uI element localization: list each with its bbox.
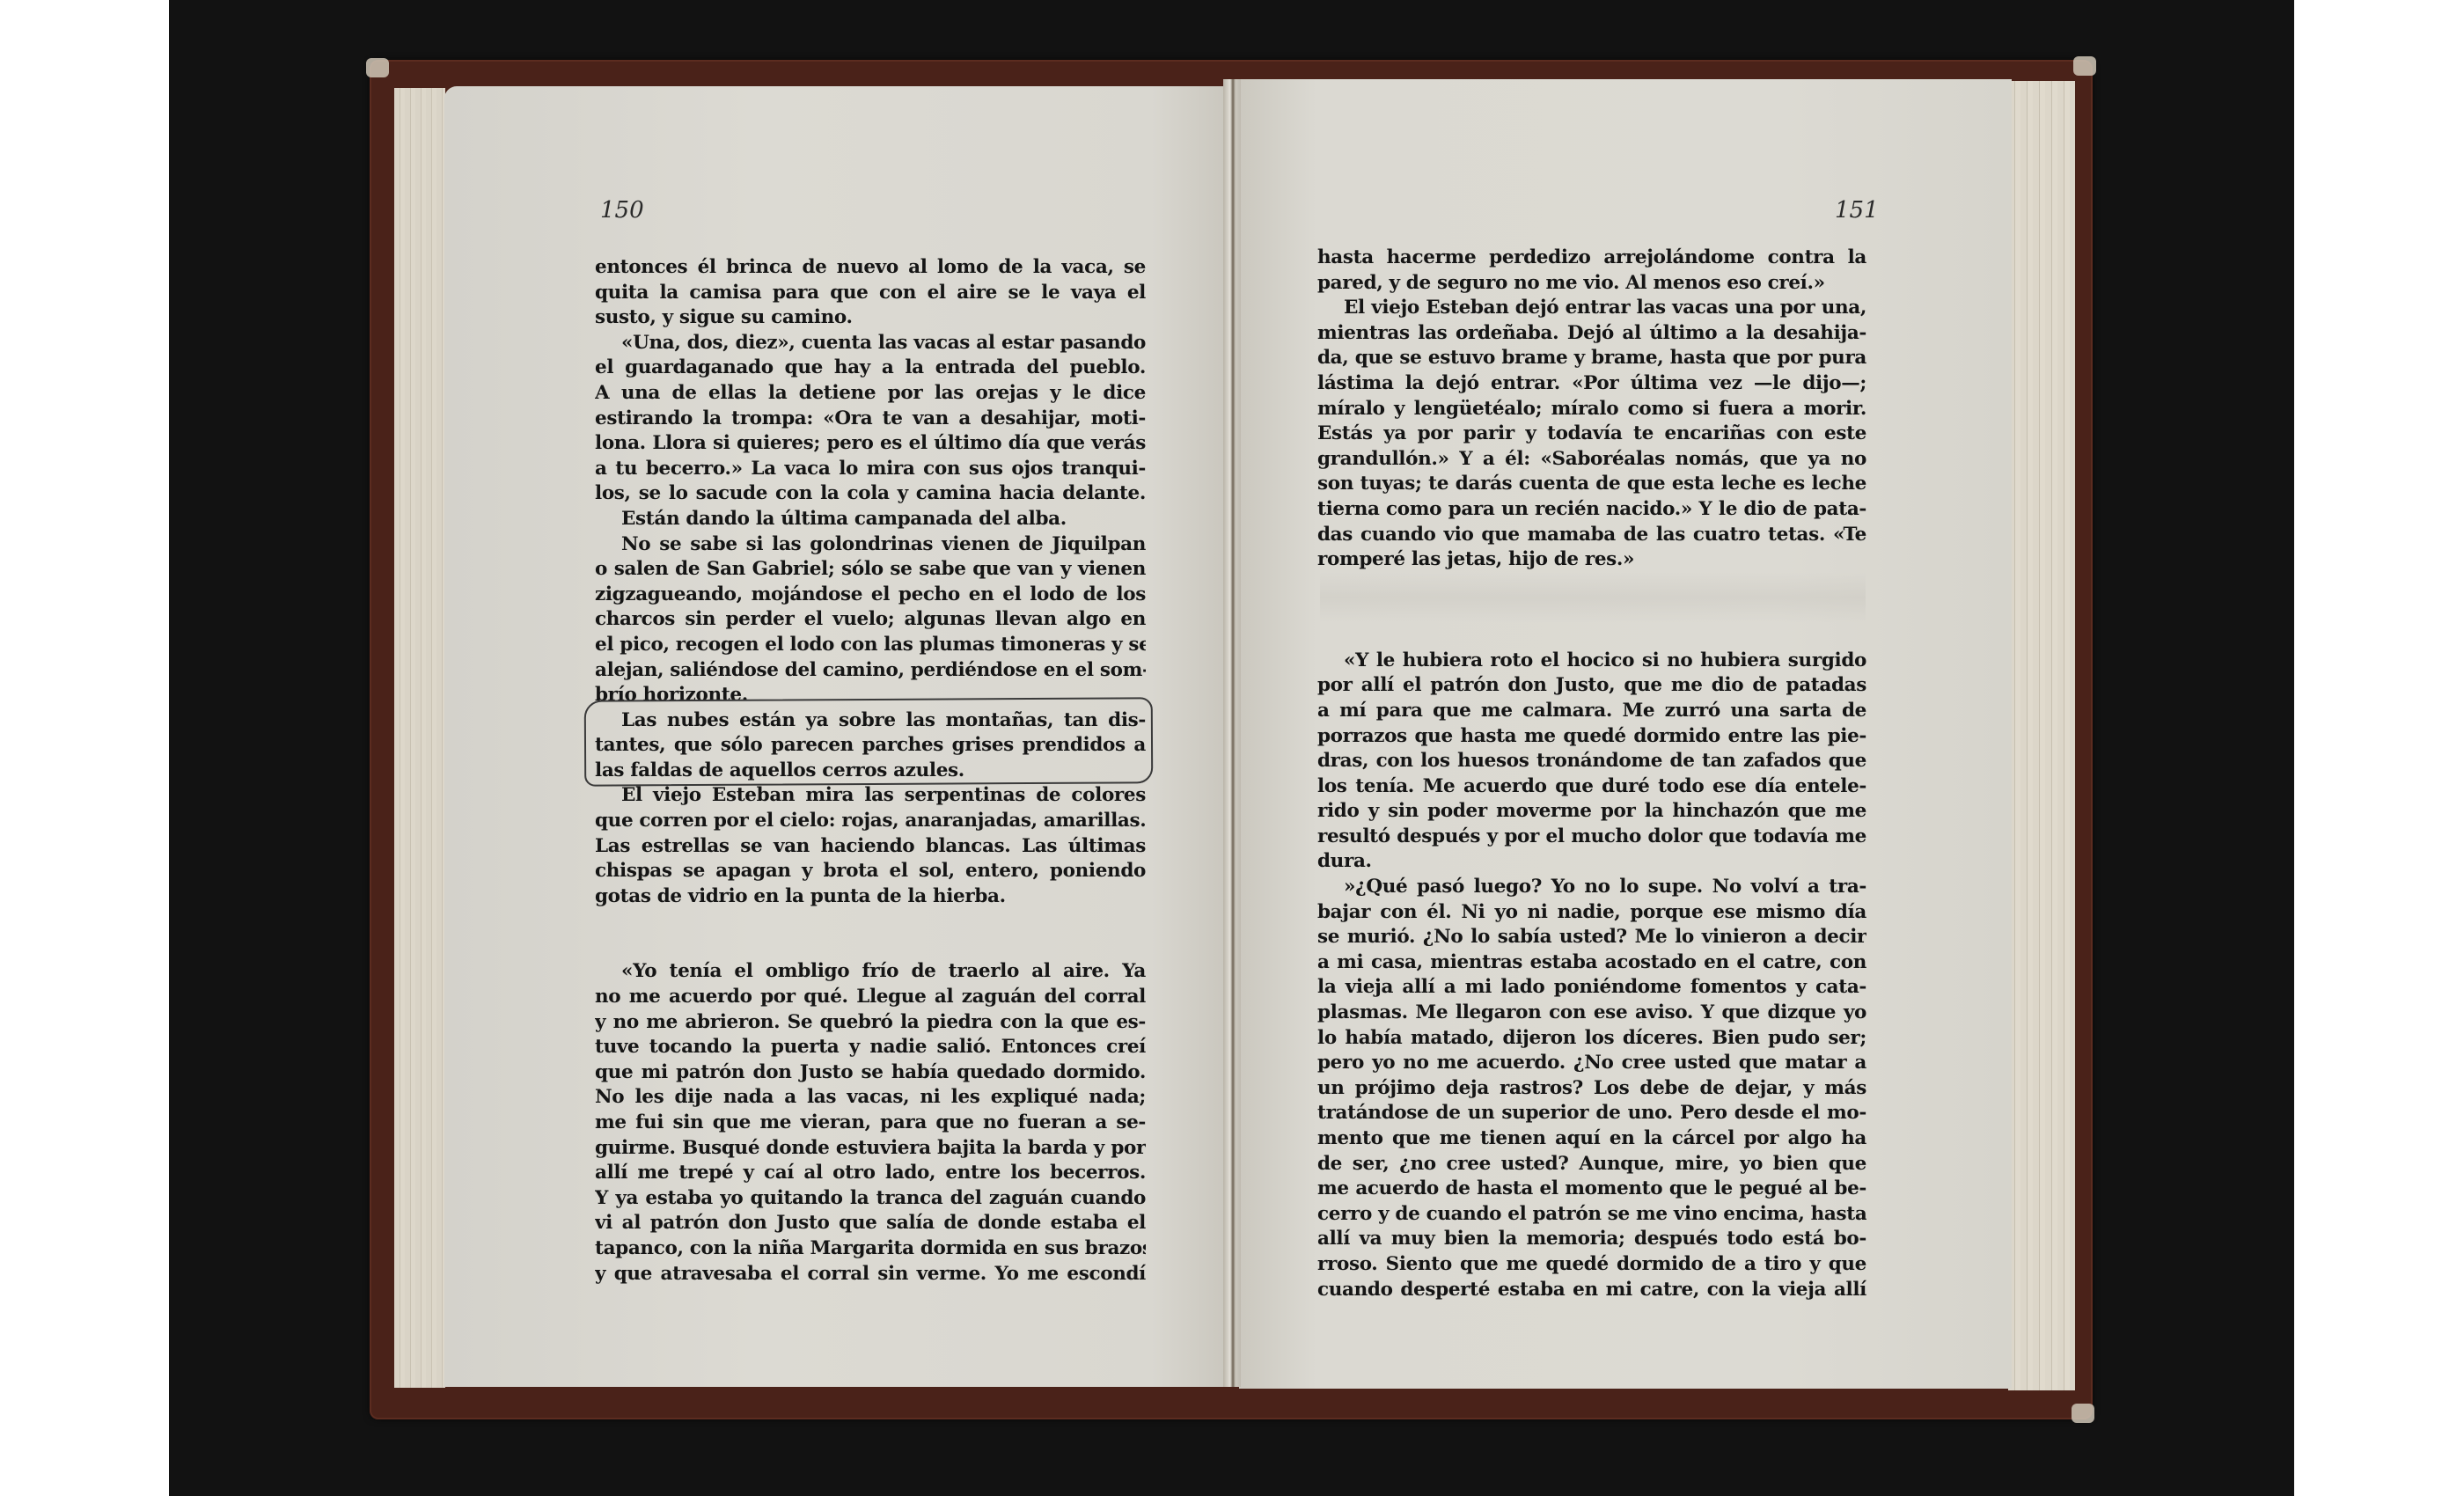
text-line: a mi casa, mientras estaba acostado en e… (1317, 950, 1866, 976)
text-line: «Una, dos, diez», cuenta las vacas al es… (595, 331, 1146, 356)
text-line: el pico, recogen el lodo con las plumas … (595, 633, 1146, 658)
text-line: dura. (1317, 849, 1866, 875)
text-line: mientras las ordeñaba. Dejó al último a … (1317, 321, 1866, 347)
text-line: No les dije nada a las vacas, ni les exp… (595, 1085, 1146, 1111)
text-line: a tu becerro.» La vaca lo mira con sus o… (595, 457, 1146, 482)
text-line: a mí para que me calmara. Me zurró una s… (1317, 699, 1866, 724)
text-line: «Yo tenía el ombligo frío de traerlo al … (595, 959, 1146, 985)
text-line: allí va muy bien la memoria; después tod… (1317, 1227, 1866, 1252)
text-line: de ser, ¿no cree usted? Aunque, mire, yo… (1317, 1152, 1866, 1177)
worn-corner-top-right (2073, 56, 2096, 76)
circled-paragraph: Las nubes están ya sobre las montañas, t… (595, 708, 1146, 784)
text-line: y que atravesaba el corral sin verme. Yo… (595, 1262, 1146, 1287)
text-line: El viejo Esteban dejó entrar las vacas u… (1317, 296, 1866, 321)
paragraph: entonces él brinca de nuevo al lomo de l… (595, 255, 1146, 331)
text-line: pero yo no me acuerdo. ¿No cree usted qu… (1317, 1051, 1866, 1076)
text-line: tapanco, con la niña Margarita dormida e… (595, 1236, 1146, 1262)
text-line: que mi patrón don Justo se había quedado… (595, 1060, 1146, 1086)
text-line: tuve tocando la puerta y nadie salió. En… (595, 1035, 1146, 1060)
text-line: un prójimo deja rastros? Los debe de dej… (1317, 1076, 1866, 1102)
paragraph: «Yo tenía el ombligo frío de traerlo al … (595, 959, 1146, 1287)
text-line: míralo y lengüetéalo; míralo como si fue… (1317, 397, 1866, 422)
text-line: resultó después y por el mucho dolor que… (1317, 825, 1866, 850)
text-line: lona. Llora si quieres; pero es el últim… (595, 431, 1146, 457)
text-line: me acuerdo de hasta el momento que le pe… (1317, 1177, 1866, 1202)
text-line: »¿Qué pasó luego? Yo no lo supe. No volv… (1317, 875, 1866, 900)
text-line: alejan, saliéndose del camino, perdiéndo… (595, 658, 1146, 684)
text-line: gotas de vidrio en la punta de la hierba… (595, 884, 1146, 910)
text-line: que corren por el cielo: rojas, anaranja… (595, 809, 1146, 834)
text-line: rido y sin poder moverme por la hinchazó… (1317, 799, 1866, 825)
text-line: estirando la trompa: «Ora te van a desah… (595, 407, 1146, 432)
text-line: quita la camisa para que con el aire se … (595, 281, 1146, 306)
text-line: tratándose de un superior de uno. Pero d… (1317, 1101, 1866, 1126)
text-line: charcos sin perder el vuelo; algunas lle… (595, 607, 1146, 633)
text-line: Estás ya por parir y todavía te encariña… (1317, 422, 1866, 447)
text-line: brío horizonte. (595, 683, 1146, 708)
text-line: hasta hacerme perdedizo arrejolándome co… (1317, 246, 1866, 271)
text-line: Las estrellas se van haciendo blancas. L… (595, 834, 1146, 860)
text-line: vi al patrón don Justo que salía de dond… (595, 1211, 1146, 1236)
page-number-right: 151 (1835, 197, 1879, 224)
text-line: No se sabe si las golondrinas vienen de … (595, 532, 1146, 558)
text-line: o salen de San Gabriel; sólo se sabe que… (595, 557, 1146, 583)
text-line: tantes, que sólo parecen parches grises … (595, 733, 1146, 759)
left-page-edges (394, 88, 445, 1388)
text-line: los tenía. Me acuerdo que duré todo ese … (1317, 774, 1866, 800)
page-number-left: 150 (600, 197, 644, 224)
text-line: romperé las jetas, hijo de res.» (1317, 547, 1866, 573)
text-line: se murió. ¿No lo sabía usted? Me lo vini… (1317, 925, 1866, 950)
text-line: da, que se estuvo brame y brame, hasta q… (1317, 346, 1866, 371)
book-spine-gutter (1223, 79, 1241, 1387)
text-line: «Y le hubiera roto el hocico si no hubie… (1317, 649, 1866, 674)
text-line: grandullón.» Y a él: «Saboréalas nomás, … (1317, 447, 1866, 473)
text-line: guirme. Busqué donde estuviera bajita la… (595, 1136, 1146, 1162)
text-line: chispas se apagan y brota el sol, entero… (595, 859, 1146, 884)
text-line: cuando desperté estaba en mi catre, con … (1317, 1278, 1866, 1303)
text-line: susto, y sigue su camino. (595, 305, 1146, 331)
paragraph: «Una, dos, diez», cuenta las vacas al es… (595, 331, 1146, 507)
text-line: los, se lo sacude con la cola y camina h… (595, 481, 1146, 507)
right-page-edges (2008, 81, 2075, 1390)
section-break (595, 909, 1146, 959)
text-line: son tuyas; te darás cuenta de que esta l… (1317, 472, 1866, 497)
text-line: bajar con él. Ni yo ni nadie, porque ese… (1317, 900, 1866, 926)
text-line: Las nubes están ya sobre las montañas, t… (595, 708, 1146, 734)
text-line: rroso. Siento que me quedé dormido de a … (1317, 1252, 1866, 1278)
paragraph: El viejo Esteban mira las serpentinas de… (595, 783, 1146, 909)
text-line: la vieja allí a mi lado poniéndome fomen… (1317, 975, 1866, 1001)
worn-corner-bottom-right (2072, 1404, 2094, 1423)
left-page-text: entonces él brinca de nuevo al lomo de l… (595, 255, 1146, 1287)
text-line: no me acuerdo por qué. Llegue al zaguán … (595, 985, 1146, 1010)
text-line: cerro y de cuando el patrón se me vino e… (1317, 1202, 1866, 1228)
text-line: por allí el patrón don Justo, que me dio… (1317, 673, 1866, 699)
text-line: Están dando la última campanada del alba… (595, 507, 1146, 532)
paragraph: Están dando la última campanada del alba… (595, 507, 1146, 532)
section-break (1317, 573, 1866, 649)
text-line: lo había matado, dijeron los díceres. Bi… (1317, 1026, 1866, 1052)
text-line: me fui sin que me vieran, para que no fu… (595, 1111, 1146, 1136)
text-line: lástima la dejó entrar. «Por última vez … (1317, 371, 1866, 397)
paragraph: «Y le hubiera roto el hocico si no hubie… (1317, 649, 1866, 875)
text-line: tierna como para un recién nacido.» Y le… (1317, 497, 1866, 523)
text-line: dras, con los huesos tronándome de tan z… (1317, 749, 1866, 774)
text-line: das cuando vio que mamaba de las cuatro … (1317, 523, 1866, 548)
text-line: porrazos que hasta me quedé dormido entr… (1317, 724, 1866, 750)
text-line: pared, y de seguro no me vio. Al menos e… (1317, 271, 1866, 297)
text-line: Y ya estaba yo quitando la tranca del za… (595, 1186, 1146, 1212)
right-page-text: hasta hacerme perdedizo arrejolándome co… (1317, 246, 1866, 1302)
text-line: el guardaganado que hay a la entrada del… (595, 356, 1146, 381)
text-line: plasmas. Me llegaron con ese aviso. Y qu… (1317, 1001, 1866, 1026)
text-line: mento que me tienen aquí en la cárcel po… (1317, 1126, 1866, 1152)
text-line: A una de ellas la detiene por las orejas… (595, 381, 1146, 407)
paragraph: El viejo Esteban dejó entrar las vacas u… (1317, 296, 1866, 573)
paragraph: hasta hacerme perdedizo arrejolándome co… (1317, 246, 1866, 296)
text-line: entonces él brinca de nuevo al lomo de l… (595, 255, 1146, 281)
paragraph: No se sabe si las golondrinas vienen de … (595, 532, 1146, 708)
text-line: las faldas de aquellos cerros azules. (595, 759, 1146, 784)
text-line: y no me abrieron. Se quebró la piedra co… (595, 1010, 1146, 1036)
text-line: El viejo Esteban mira las serpentinas de… (595, 783, 1146, 809)
text-line: zigzagueando, mojándose el pecho en el l… (595, 583, 1146, 608)
worn-corner-top-left (366, 58, 389, 77)
paragraph: »¿Qué pasó luego? Yo no lo supe. No volv… (1317, 875, 1866, 1302)
text-line: allí me trepé y caí al otro lado, entre … (595, 1161, 1146, 1186)
